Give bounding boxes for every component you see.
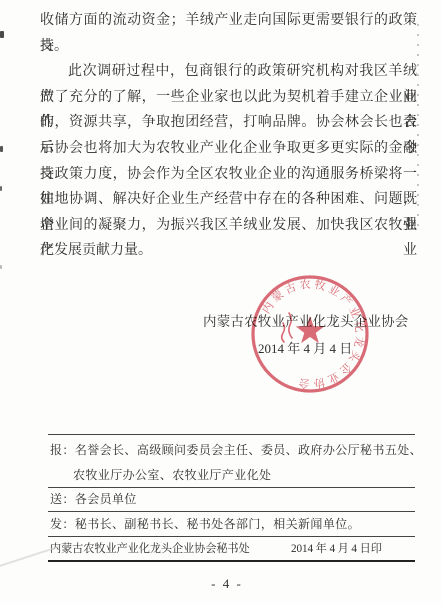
body-line: 持政策力度，协会作为全区农牧业企业的沟通服务桥梁将一如既 bbox=[40, 162, 417, 188]
body-line: 此次调研过程中，包商银行的政策研究机构对我区羊绒产业 bbox=[40, 59, 417, 85]
report-label: 报： bbox=[50, 443, 75, 457]
body-line: 收储方面的流动资金；羊绒产业走向国际更需要银行的政策支 bbox=[40, 8, 417, 34]
body-line: 做了充分的了解，一些企业家也以此为契机着手建立企业间的合 bbox=[40, 85, 417, 111]
seal-star-icon bbox=[296, 316, 325, 343]
divider-line bbox=[48, 536, 415, 537]
report-text-line2: 农牧业厅办公室、农牧业厅产业化处 bbox=[73, 468, 271, 482]
official-seal: 内蒙古农牧业产业化龙头企业协会 bbox=[239, 263, 381, 405]
document-page: 收储方面的流动资金；羊绒产业走向国际更需要银行的政策支 持。 此次调研过程中，包… bbox=[0, 0, 442, 603]
issue-label: 发： bbox=[50, 517, 75, 531]
issue-row: 发：秘书长、副秘书长、秘书处各部门，相关新闻单位。 bbox=[50, 516, 360, 532]
divider-line-thick bbox=[48, 560, 415, 562]
body-line: 企业间的凝聚力，为振兴我区羊绒业发展、加快我区农牧业产业 bbox=[40, 213, 417, 239]
body-line: 往地协调、解决好企业生产经营中存在的各种困难、问题，增强 bbox=[40, 187, 417, 213]
body-line: 后协会也将加大为农牧业产业化企业争取更多更实际的金融支 bbox=[40, 136, 417, 162]
scan-artifact bbox=[0, 31, 4, 38]
body-text: 收储方面的流动资金；羊绒产业走向国际更需要银行的政策支 持。 此次调研过程中，包… bbox=[40, 8, 417, 264]
seal-mongolian-script-mark bbox=[289, 313, 292, 338]
send-label: 送： bbox=[50, 492, 75, 506]
imprint-date: 2014 年 4 月 4 日印 bbox=[291, 541, 382, 557]
scan-artifact bbox=[0, 265, 2, 269]
divider-line bbox=[48, 434, 415, 435]
imprint-issuer: 内蒙古农牧业产业化龙头企业协会秘书处 bbox=[50, 541, 250, 557]
scan-edge-noise bbox=[417, 24, 419, 234]
report-row: 报：名誉会长、高级顾问委员会主任、委员、政府办公厅秘书五处、 bbox=[50, 442, 422, 458]
send-text: 各会员单位 bbox=[75, 492, 137, 506]
scan-artifact bbox=[0, 146, 3, 152]
report-text-line1: 名誉会长、高级顾问委员会主任、委员、政府办公厅秘书五处、 bbox=[75, 443, 422, 457]
report-row-continued: 农牧业厅办公室、农牧业厅产业化处 bbox=[73, 467, 271, 483]
body-line: 作，资源共享，争取抱团经营，打响品牌。协会林会长也表示今 bbox=[40, 110, 417, 136]
issue-text: 秘书长、副秘书长、秘书处各部门，相关新闻单位。 bbox=[75, 517, 360, 531]
divider-line bbox=[48, 487, 415, 488]
scan-artifact bbox=[0, 186, 2, 191]
body-line: 持。 bbox=[40, 34, 417, 60]
divider-line bbox=[48, 511, 415, 512]
page-number: - 4 - bbox=[0, 576, 442, 592]
send-row: 送：各会员单位 bbox=[50, 491, 137, 507]
seal-mongolian-script-mark bbox=[282, 323, 285, 342]
